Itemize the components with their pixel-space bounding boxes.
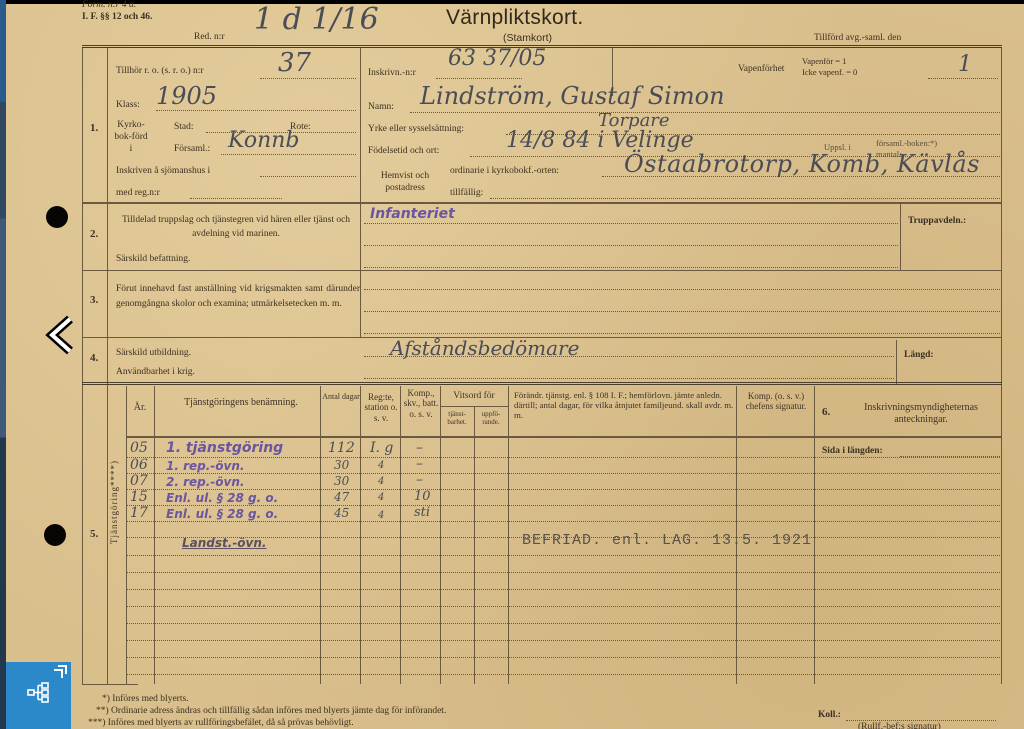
row-regte: I. g [370, 440, 393, 456]
row-ar: 06 [130, 457, 148, 473]
klass-value: 1905 [156, 82, 217, 110]
row-ar: 07 [130, 473, 148, 489]
tillfallig-label: tillfällig: [450, 188, 483, 198]
section-2-label: Tilldelad truppslag och tjänstegren vid … [116, 214, 356, 242]
row-benamning: Enl. ul. § 28 g. o. [166, 507, 278, 521]
koll-label: Koll.: [818, 710, 841, 720]
section-1-number: 1. [90, 122, 98, 134]
col-header-forandr: Förändr. tjänstg. enl. § 108 I. F.; hemf… [514, 390, 734, 420]
col-header-ar: År. [126, 402, 154, 414]
section-5-number: 5. [90, 528, 98, 540]
col-header-vitsord: Vitsord för [440, 391, 508, 402]
law-reference: I. F. §§ 12 och 46. [82, 12, 152, 22]
row-benamning: 1. rep.-övn. [166, 459, 244, 473]
row-regte: 4 [378, 476, 384, 487]
footnotes: *) Införes med blyerts. **) Ordinarie ad… [88, 694, 446, 729]
regnr-label: med reg.n:r [116, 188, 160, 198]
col-header-komp: Komp., skv., batt. o. s. v. [401, 388, 441, 419]
row-dagar: 30 [334, 474, 349, 488]
yrke-label: Yrke eller sysselsättning: [368, 124, 464, 134]
befriad-stamp: BEFRIAD. enl. LAG. 13.5. 1921 [522, 532, 812, 549]
tillhor-value: 37 [278, 48, 311, 78]
tillford-label: Tillförd avg.-saml. den [814, 33, 901, 43]
row-benamning: 1. tjänstgöring [166, 440, 283, 456]
red-nr-label: Red. n:r [194, 32, 225, 42]
row-dagar: 45 [334, 506, 349, 520]
tree-structure-icon [6, 662, 71, 729]
section-2-number: 2. [90, 228, 98, 240]
col-header-uppforande: uppfö-rande. [474, 410, 508, 426]
namn-label: Namn: [368, 102, 394, 112]
vapenforhet-value: 1 [958, 52, 972, 77]
section-6-number: 6. [822, 406, 830, 418]
row-komp: – [416, 472, 423, 488]
footnote-3: ***) Införes med blyerts av rullföringsb… [88, 718, 446, 729]
langd-label: Längd: [904, 350, 934, 360]
rullf-label: (Rullf.-bef:s signatur) [858, 722, 941, 729]
uppsl-label: Uppsl. i [824, 142, 851, 152]
fodelse-label: Födelsetid och ort: [368, 146, 439, 156]
section-6-label: Inskrivningsmyndigheternas anteckningar. [842, 402, 1000, 425]
row-komp: sti [414, 505, 430, 520]
inskrivn-label: Inskrivn.-n:r [368, 68, 416, 78]
truppavdeln-label: Truppavdeln.: [908, 216, 966, 226]
col-header-tjanstbarhet: tjänst-barhet. [440, 410, 474, 426]
row-komp: – [416, 440, 423, 456]
section-5-side-label: Tjänstgöring****) [109, 460, 119, 544]
row-ar: 05 [130, 440, 148, 456]
row-komp: – [416, 456, 423, 472]
row-benamning: 2. rep.-övn. [166, 475, 244, 489]
befattning-label: Särskild befattning. [116, 254, 190, 264]
ordinarie-label: ordinarie i kyrkobokf.-orten: [450, 166, 559, 176]
document-subtitle: (Stamkort) [503, 32, 552, 44]
forsaml-label: Församl.: [174, 144, 210, 154]
row-regte: 4 [378, 460, 384, 471]
row-benamning: Enl. ul. § 28 g. o. [166, 491, 278, 505]
row-ar: 15 [130, 489, 148, 505]
footnote-2: **) Ordinarie adress ändras och tillfäll… [88, 706, 446, 718]
inskrivn-value: 63 37/05 [448, 46, 546, 71]
tillhor-label: Tillhör r. o. (s. r. o.) n:r [116, 66, 204, 76]
row-benamning: Landst.-övn. [182, 536, 266, 550]
col-header-benamning: Tjänstgöringens benämning. [166, 397, 316, 409]
structure-view-button[interactable] [6, 662, 71, 729]
namn-value: Lindström, Gustaf Simon [420, 82, 725, 110]
chevron-left-icon [44, 315, 80, 355]
section-4-number: 4. [90, 352, 98, 364]
row-regte: 4 [378, 510, 384, 521]
vapenforhet-label: Vapenförhet [738, 64, 784, 74]
row-regte: 4 [378, 492, 384, 503]
punch-hole [46, 206, 68, 228]
footnote-1: *) Införes med blyerts. [88, 694, 446, 706]
row-komp: 10 [414, 489, 431, 504]
previous-image-button[interactable] [44, 315, 80, 355]
col-header-antal-dagar: Antal dagar [322, 392, 360, 401]
row-dagar: 47 [334, 490, 349, 504]
uppsl-legend: församl.-boken:*) mantal: [876, 138, 937, 159]
kyrkobokford-label: Kyrko-bok-förd i [114, 120, 148, 156]
section-3-label: Förut innehavd fast anställning vid krig… [116, 282, 360, 311]
klass-label: Klass: [116, 100, 140, 110]
red-nr-value: 1 d 1/16 [254, 2, 379, 37]
document-title: Värnpliktskort. [446, 6, 584, 30]
col-header-regte: Reg:te, station o. s. v. [361, 392, 401, 423]
sida-label: Sida i längden: [822, 446, 883, 456]
stad-label: Stad: [174, 122, 194, 132]
vapenforhet-legend: Vapenför = 1 Icke vapenf. = 0 [802, 56, 857, 77]
hemvist-label: Hemvist och postadress [368, 170, 442, 195]
form-number: Form. n:r 4 a. [82, 0, 136, 10]
anvandbarhet-label: Användbarhet i krig. [116, 367, 195, 377]
section-3-number: 3. [90, 294, 98, 306]
col-header-kompchef: Komp. (o. s. v.) chefens signatur. [737, 391, 815, 412]
document-scan: Form. n:r 4 a. I. F. §§ 12 och 46. Red. … [6, 4, 1024, 729]
section-2-value: Infanteriet [370, 206, 455, 222]
sjomanshus-label: Inskriven å sjömanshus i [116, 166, 210, 176]
row-dagar: 112 [328, 440, 355, 456]
punch-hole [44, 524, 66, 546]
utbildning-label: Särskild utbildning. [116, 348, 191, 358]
forsaml-value: Konnb [228, 128, 300, 153]
row-ar: 17 [130, 505, 148, 521]
row-dagar: 30 [334, 458, 349, 472]
